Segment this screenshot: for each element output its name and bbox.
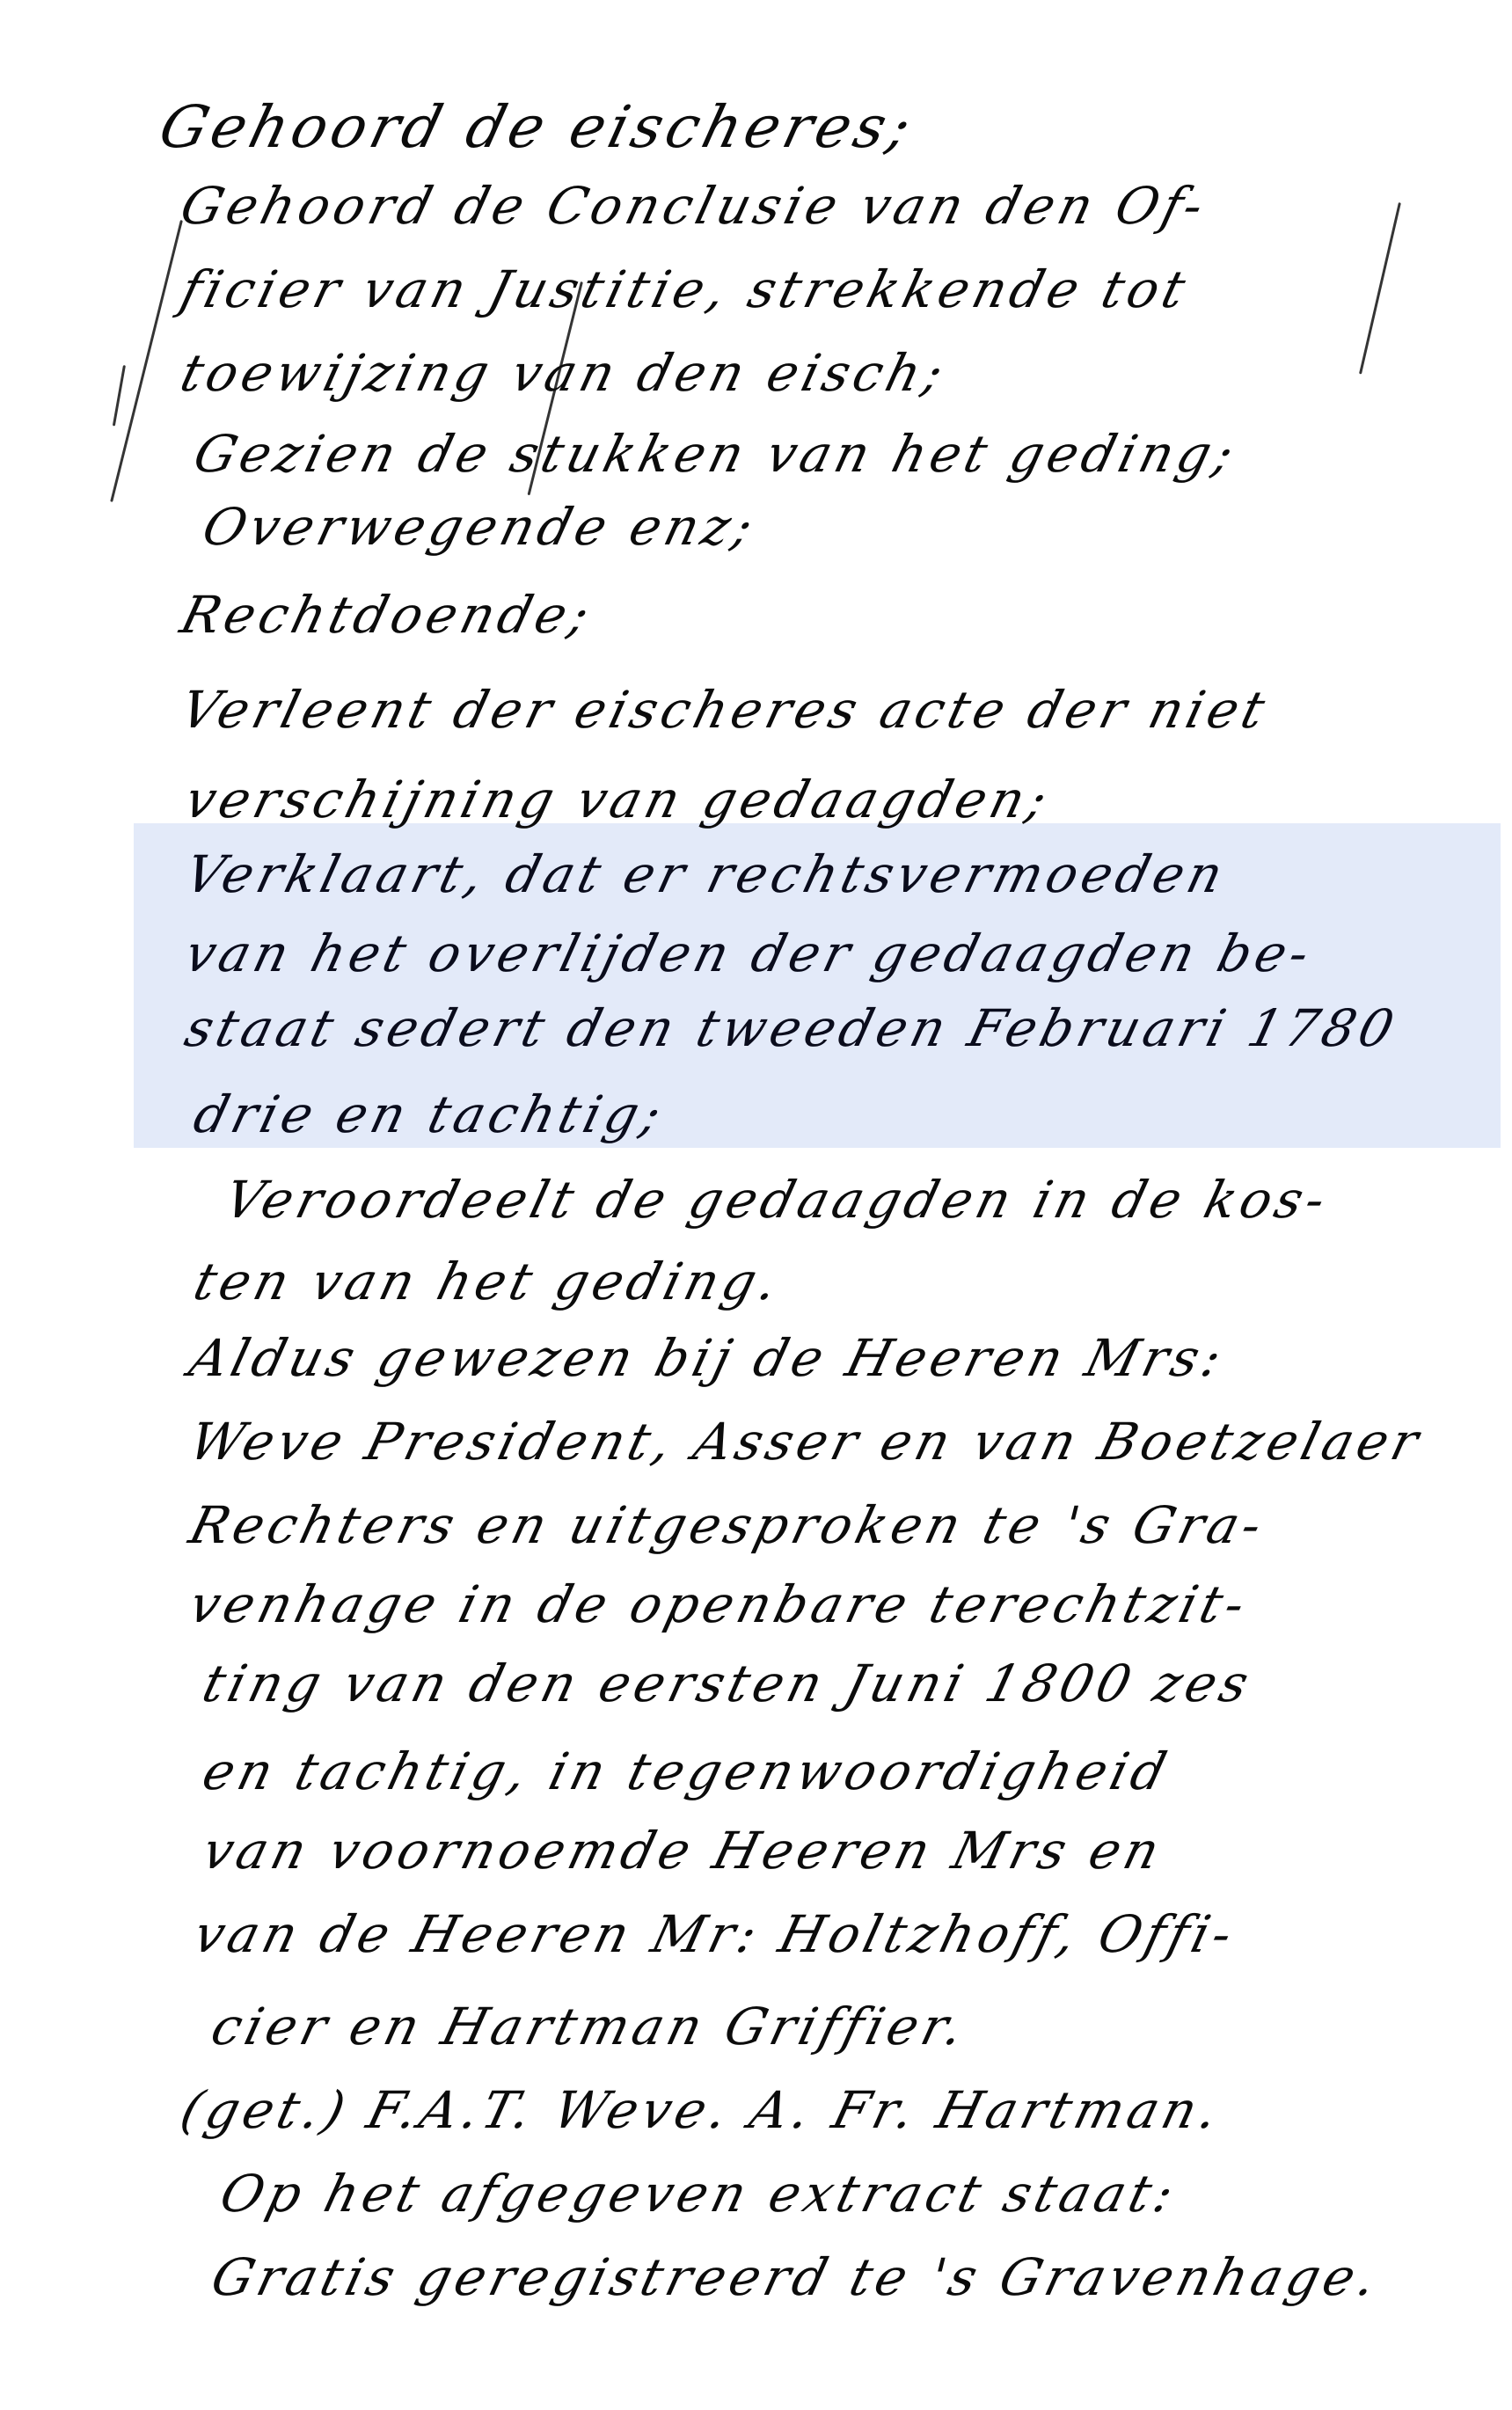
handwritten-line-20: ting van den eersten Juni 1800 zes: [198, 1658, 1258, 1709]
handwritten-line-13: drie en tachtig;: [189, 1089, 670, 1140]
scanned-document-page: Gehoord de eischeres;Gehoord de Conclusi…: [0, 0, 1512, 2410]
pen-stroke-decoration: [113, 365, 126, 426]
handwritten-line-23: van de Heeren Mr: Holtzhoff, Offi-: [189, 1909, 1241, 1960]
handwritten-line-17: Weve President, Asser en van Boetzelaer: [185, 1416, 1428, 1467]
handwritten-line-3: ficier van Justitie, strekkende tot: [176, 264, 1194, 315]
handwritten-line-26: Op het afgegeven extract staat:: [215, 2168, 1183, 2219]
handwritten-line-2: Gehoord de Conclusie van den Of-: [176, 180, 1213, 231]
handwritten-line-25: (get.) F.A.T. Weve. A. Fr. Hartman.: [176, 2085, 1227, 2136]
handwritten-line-7: Rechtdoende;: [176, 589, 598, 640]
handwritten-line-18: Rechters en uitgesproken te 's Gra-: [185, 1500, 1271, 1551]
handwritten-line-12: staat sedert den tweeden Februari 1780: [180, 1003, 1403, 1054]
handwritten-line-10: Verklaart, dat er rechtsvermoeden: [180, 849, 1232, 900]
handwritten-line-15: ten van het geding.: [189, 1256, 786, 1307]
handwritten-line-1: Gehoord de eischeres;: [154, 99, 921, 157]
pen-stroke-decoration: [1359, 202, 1401, 375]
handwritten-line-11: van het overlijden der gedaagden be-: [180, 928, 1318, 979]
handwritten-line-8: Verleent der eischeres acte der niet: [176, 684, 1274, 735]
handwritten-line-22: van voornoemde Heeren Mrs en: [198, 1825, 1168, 1876]
handwritten-line-16: Aldus gewezen bij de Heeren Mrs:: [185, 1333, 1231, 1384]
handwritten-line-19: venhage in de openbare terechtzit-: [185, 1579, 1254, 1630]
handwritten-line-14: Veroordeelt de gedaagden in de kos-: [220, 1174, 1334, 1225]
handwritten-line-24: cier en Hartman Griffier.: [207, 2001, 973, 2052]
handwritten-line-27: Gratis geregistreerd te 's Gravenhage.: [207, 2252, 1385, 2303]
handwritten-line-6: Overwegende enz;: [198, 501, 762, 552]
pen-stroke-decoration: [110, 220, 183, 502]
handwritten-line-4: toewijzing van den eisch;: [176, 347, 953, 398]
handwritten-line-9: verschijning van gedaagden;: [180, 774, 1056, 825]
handwritten-line-21: en tachtig, in tegenwoordigheid: [198, 1746, 1175, 1797]
handwritten-line-5: Gezien de stukken van het geding;: [189, 428, 1243, 479]
